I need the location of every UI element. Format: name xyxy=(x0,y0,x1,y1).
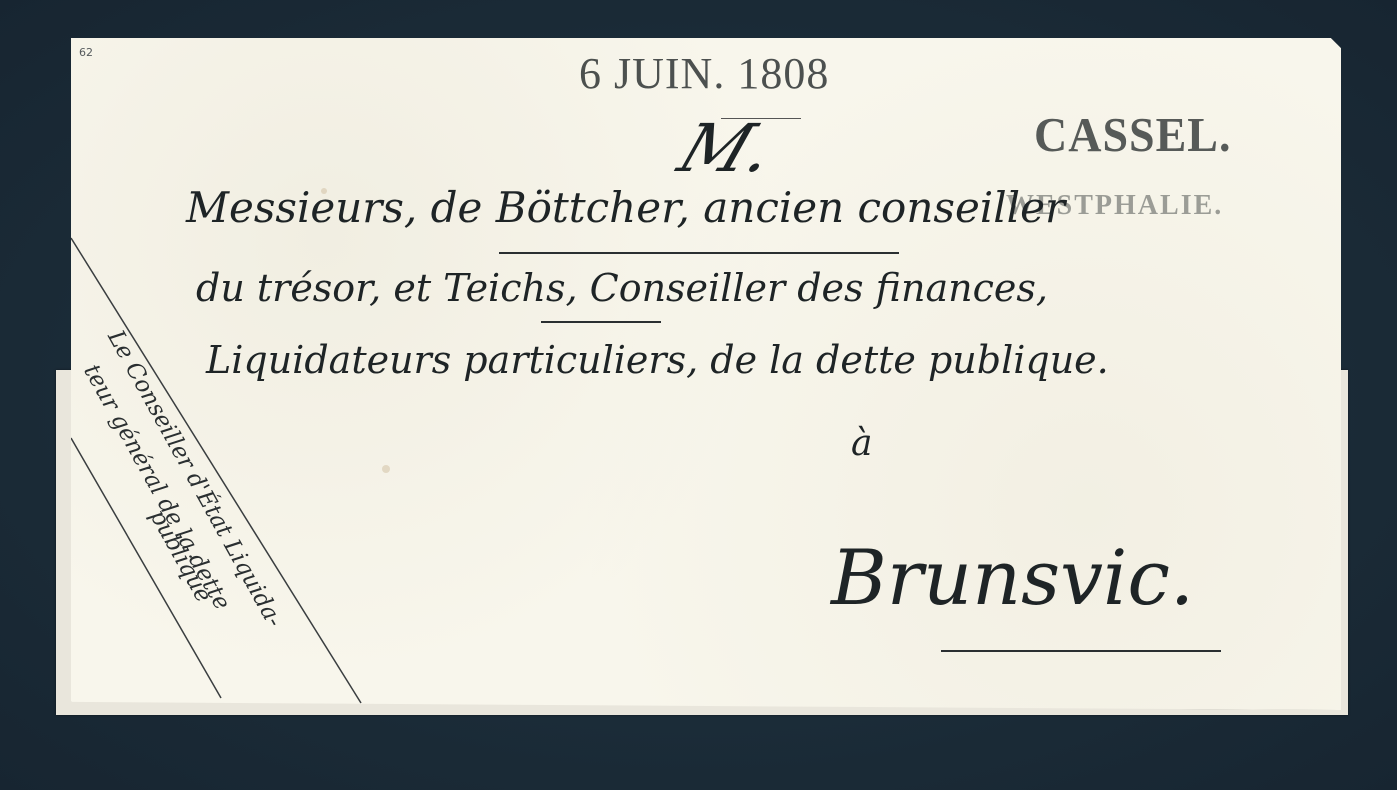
address-line-1: Messieurs, de Böttcher, ancien conseille… xyxy=(186,183,1065,232)
address-line-3: Liquidateurs particuliers, de la dette p… xyxy=(206,338,1109,382)
corner-number: 62 xyxy=(79,46,93,59)
salutation-stroke xyxy=(721,118,801,119)
letter-cover: 62 6 JUIN. 1808 CASSEL. WESTPHALIE. M. M… xyxy=(71,38,1341,710)
salutation: M. xyxy=(669,110,786,187)
name-underline-bottcher xyxy=(499,252,899,254)
destination-underline xyxy=(941,650,1221,652)
town-postmark: CASSEL. xyxy=(1034,107,1231,163)
preposition: à xyxy=(851,423,872,464)
date-postmark: 6 JUIN. 1808 xyxy=(579,48,829,99)
name-underline-teichs xyxy=(541,321,661,323)
address-line-2: du trésor, et Teichs, Conseiller des fin… xyxy=(196,266,1048,310)
destination-city: Brunsvic. xyxy=(831,533,1194,622)
foxing-spot xyxy=(321,188,327,194)
foxing-spot xyxy=(382,465,390,473)
